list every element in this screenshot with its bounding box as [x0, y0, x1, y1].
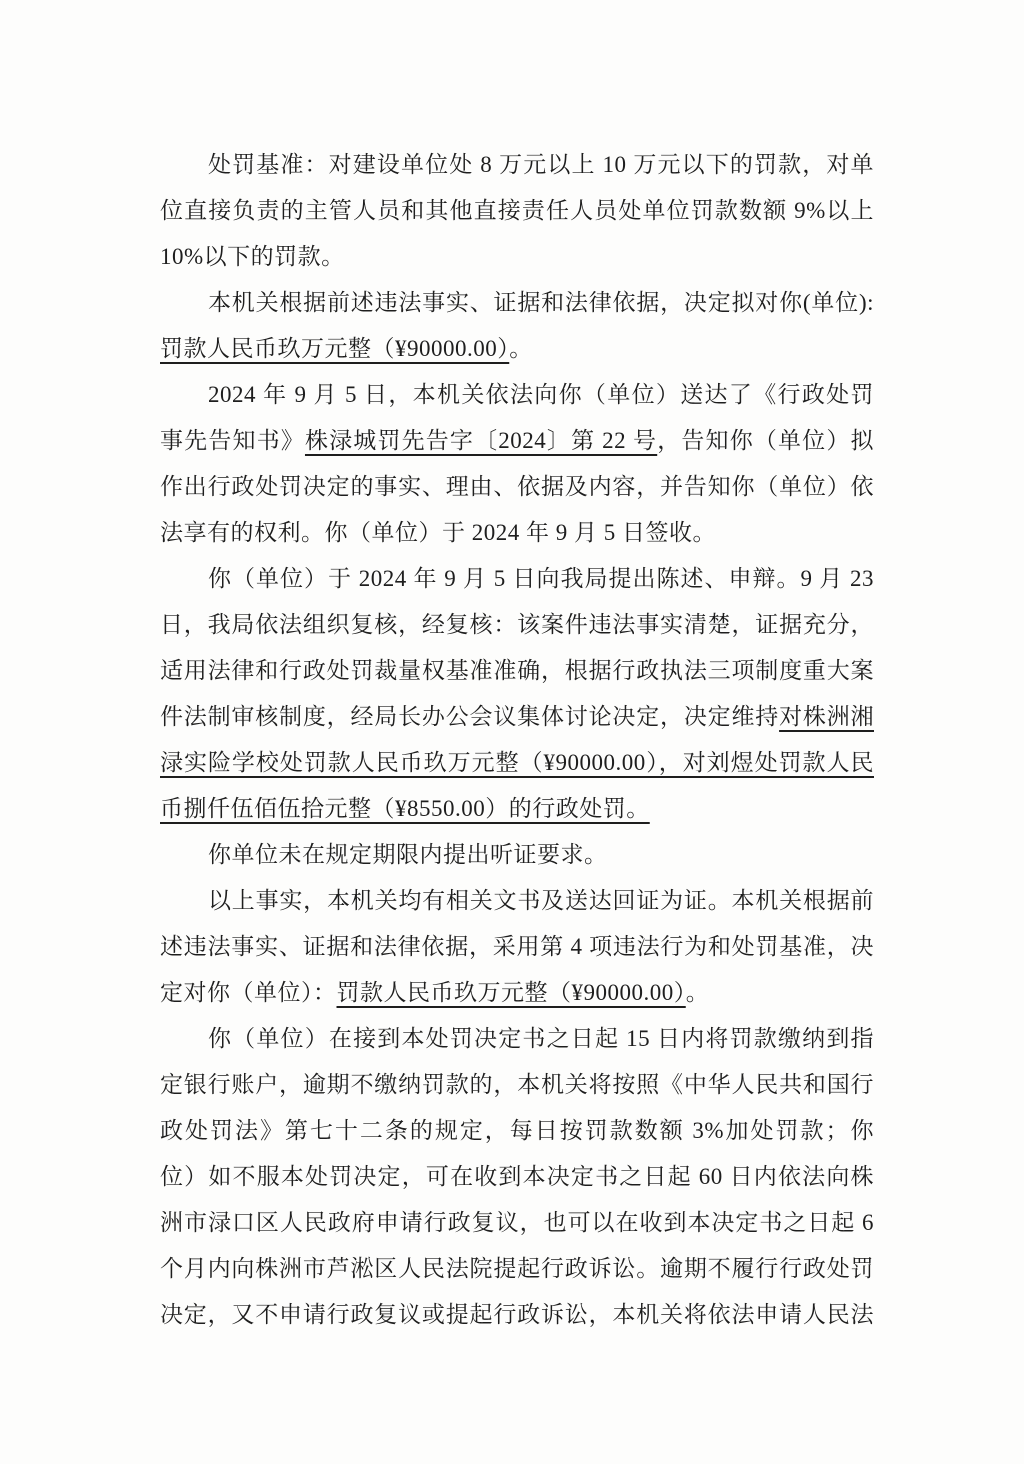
text-segment: 位）如不服本处罚决定，可在收到本决定书之日起 60 日内依法向株 — [160, 1164, 874, 1189]
document-line-4: 本机关根据前述违法事实、证据和法律依据，决定拟对你(单位): — [160, 280, 874, 326]
document-text: 处罚基准：对建设单位处 8 万元以上 10 万元以下的罚款，对单位直接负责的主管… — [160, 142, 874, 1338]
document-line-13: 件法制审核制度，经局长办公会议集体讨论决定，决定维持对株洲湘 — [160, 694, 874, 740]
scanned-document-page: 处罚基准：对建设单位处 8 万元以上 10 万元以下的罚款，对单位直接负责的主管… — [0, 0, 1024, 1464]
text-segment: 政处罚法》第七十二条的规定，每日按罚款数额 3%加处罚款；你（单 — [160, 1118, 874, 1154]
document-line-20: 你（单位）在接到本处罚决定书之日起 15 日内将罚款缴纳到指 — [160, 1016, 874, 1062]
document-line-1: 处罚基准：对建设单位处 8 万元以上 10 万元以下的罚款，对单 — [160, 142, 874, 188]
document-line-9: 法享有的权利。你（单位）于 2024 年 9 月 5 日签收。 — [160, 510, 874, 556]
underlined-segment: 罚款人民币玖万元整（¥90000.00） — [337, 980, 686, 1005]
text-segment: 洲市渌口区人民政府申请行政复议，也可以在收到本决定书之日起 6 — [160, 1210, 874, 1235]
document-line-22: 政处罚法》第七十二条的规定，每日按罚款数额 3%加处罚款；你（单 — [160, 1108, 874, 1154]
text-segment: 作出行政处罚决定的事实、理由、依据及内容，并告知你（单位）依 — [160, 474, 874, 499]
document-line-15: 币捌仟伍佰伍拾元整（¥8550.00）的行政处罚。 — [160, 786, 874, 832]
text-segment: 日，我局依法组织复核，经复核：该案件违法事实清楚，证据充分， — [160, 612, 874, 637]
document-line-2: 位直接负责的主管人员和其他直接责任人员处单位罚款数额 9%以上 — [160, 188, 874, 234]
document-line-17: 以上事实，本机关均有相关文书及送达回证为证。本机关根据前 — [160, 878, 874, 924]
underlined-segment: 渌实险学校处罚款人民币玖万元整（¥90000.00），对刘煜处罚款人民 — [160, 750, 874, 775]
text-segment: 10%以下的罚款。 — [160, 244, 345, 269]
document-line-16: 你单位未在规定期限内提出听证要求。 — [160, 832, 874, 878]
underlined-segment: 对株洲湘 — [779, 704, 874, 729]
text-segment: 定对你（单位）： — [160, 980, 337, 1005]
text-segment: 法享有的权利。你（单位）于 2024 年 9 月 5 日签收。 — [160, 520, 716, 545]
text-segment: ，告知你（单位）拟 — [657, 428, 874, 453]
text-segment: 。 — [509, 336, 533, 361]
text-segment: 决定，又不申请行政复议或提起行政诉讼，本机关将依法申请人民法 — [160, 1302, 874, 1327]
text-segment: 位直接负责的主管人员和其他直接责任人员处单位罚款数额 9%以上 — [160, 198, 874, 223]
text-segment: 。 — [686, 980, 710, 1005]
document-line-23: 位）如不服本处罚决定，可在收到本决定书之日起 60 日内依法向株 — [160, 1154, 874, 1200]
document-line-3: 10%以下的罚款。 — [160, 234, 874, 280]
underlined-segment: 罚款人民币玖万元整（¥90000.00） — [160, 336, 509, 361]
text-segment: 你（单位）在接到本处罚决定书之日起 15 日内将罚款缴纳到指 — [208, 1026, 874, 1051]
text-segment: 述违法事实、证据和法律依据，采用第 4 项违法行为和处罚基准，决 — [160, 934, 874, 959]
text-segment: 你（单位）于 2024 年 9 月 5 日向我局提出陈述、申辩。9 月 23 — [208, 566, 874, 591]
document-line-25: 个月内向株洲市芦淞区人民法院提起行政诉讼。逾期不履行行政处罚 — [160, 1246, 874, 1292]
text-segment: 定银行账户，逾期不缴纳罚款的，本机关将按照《中华人民共和国行 — [160, 1072, 874, 1097]
text-segment: 以上事实，本机关均有相关文书及送达回证为证。本机关根据前 — [208, 888, 874, 913]
underlined-segment: 株渌城罚先告字〔2024〕第 22 号 — [305, 428, 657, 453]
document-line-8: 作出行政处罚决定的事实、理由、依据及内容，并告知你（单位）依 — [160, 464, 874, 510]
document-line-18: 述违法事实、证据和法律依据，采用第 4 项违法行为和处罚基准，决 — [160, 924, 874, 970]
document-line-26: 决定，又不申请行政复议或提起行政诉讼，本机关将依法申请人民法 — [160, 1292, 874, 1338]
document-line-24: 洲市渌口区人民政府申请行政复议，也可以在收到本决定书之日起 6 — [160, 1200, 874, 1246]
text-segment: 个月内向株洲市芦淞区人民法院提起行政诉讼。逾期不履行行政处罚 — [160, 1256, 874, 1281]
underlined-segment: 币捌仟伍佰伍拾元整（¥8550.00）的行政处罚。 — [160, 796, 650, 821]
text-segment: 处罚基准：对建设单位处 8 万元以上 10 万元以下的罚款，对单 — [208, 152, 874, 177]
text-segment: 适用法律和行政处罚裁量权基准准确，根据行政执法三项制度重大案 — [160, 658, 874, 683]
document-line-7: 事先告知书》株渌城罚先告字〔2024〕第 22 号，告知你（单位）拟 — [160, 418, 874, 464]
document-line-6: 2024 年 9 月 5 日，本机关依法向你（单位）送达了《行政处罚 — [160, 372, 874, 418]
text-segment: 件法制审核制度，经局长办公会议集体讨论决定，决定维持 — [160, 704, 779, 729]
document-line-11: 日，我局依法组织复核，经复核：该案件违法事实清楚，证据充分， — [160, 602, 874, 648]
document-line-12: 适用法律和行政处罚裁量权基准准确，根据行政执法三项制度重大案 — [160, 648, 874, 694]
document-line-10: 你（单位）于 2024 年 9 月 5 日向我局提出陈述、申辩。9 月 23 — [160, 556, 874, 602]
document-line-19: 定对你（单位）：罚款人民币玖万元整（¥90000.00）。 — [160, 970, 874, 1016]
text-segment: 本机关根据前述违法事实、证据和法律依据，决定拟对你(单位): — [208, 290, 874, 315]
text-segment: 你单位未在规定期限内提出听证要求。 — [208, 842, 608, 867]
document-line-21: 定银行账户，逾期不缴纳罚款的，本机关将按照《中华人民共和国行 — [160, 1062, 874, 1108]
text-segment: 2024 年 9 月 5 日，本机关依法向你（单位）送达了《行政处罚 — [208, 382, 874, 407]
document-line-5: 罚款人民币玖万元整（¥90000.00）。 — [160, 326, 874, 372]
text-segment: 事先告知书》 — [160, 428, 305, 453]
document-line-14: 渌实险学校处罚款人民币玖万元整（¥90000.00），对刘煜处罚款人民 — [160, 740, 874, 786]
